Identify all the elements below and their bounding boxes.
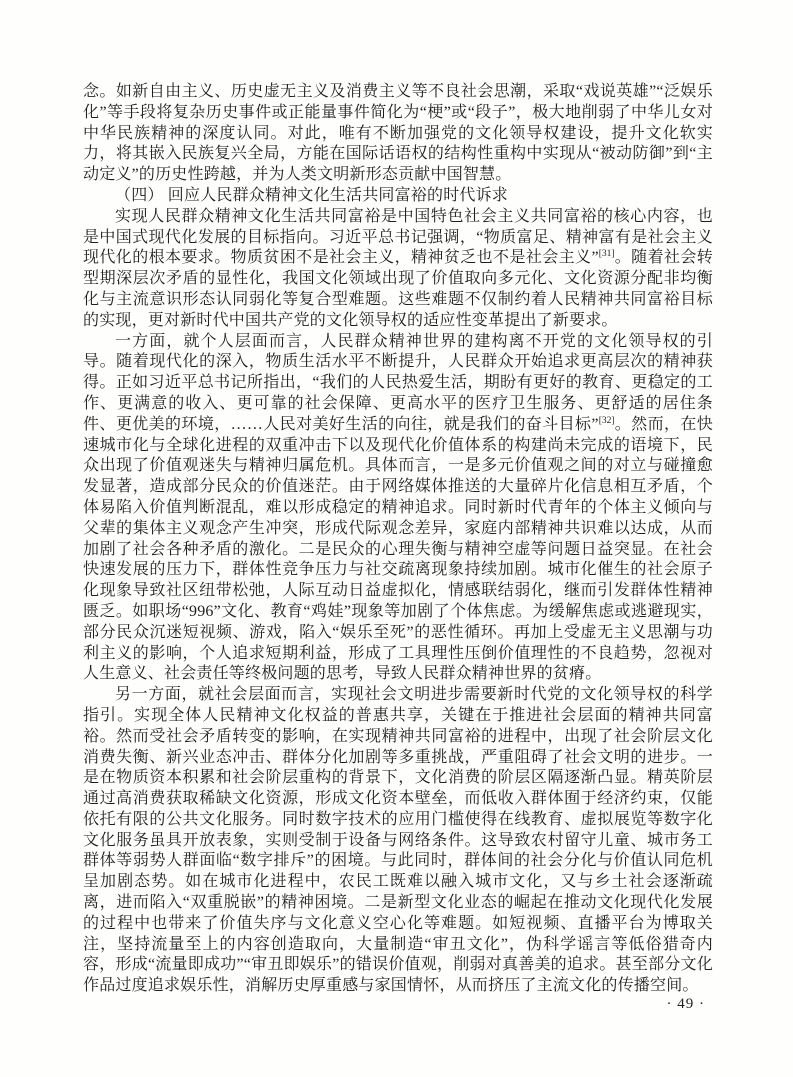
paragraph: 另一方面，就社会层面而言，实现社会文明进步需要新时代党的文化领导权的科学指引。实… (83, 685, 713, 997)
section-heading-text: （四） 回应人民群众精神文化生活共同富裕的时代诉求 (115, 187, 508, 204)
paragraph-text: 念。如新自由主义、历史虚无主义及消费主义等不良社会思潮，采取“戏说英雄”“泛娱乐… (83, 83, 713, 183)
section-heading: （四） 回应人民群众精神文化生活共同富裕的时代诉求 (83, 186, 713, 207)
footnote-ref-32: [32] (599, 416, 615, 426)
page-body: 念。如新自由主义、历史虚无主义及消费主义等不良社会思潮，采取“戏说英雄”“泛娱乐… (83, 82, 713, 997)
paragraph-continuation: 念。如新自由主义、历史虚无主义及消费主义等不良社会思潮，采取“戏说英雄”“泛娱乐… (83, 82, 713, 186)
paragraph: 实现人民群众精神文化生活共同富裕是中国特色社会主义共同富裕的核心内容，也是中国式… (83, 207, 713, 332)
footnote-ref-31: [31] (599, 249, 615, 259)
paragraph-text: 另一方面，就社会层面而言，实现社会文明进步需要新时代党的文化领导权的科学指引。实… (83, 686, 713, 994)
page-number: · 49 · (667, 996, 706, 1013)
paragraph-text: 。然而，在快速城市化与全球化进程的双重冲击下以及现代化价值体系的构建尚未完成的语… (83, 416, 713, 683)
document-page: 念。如新自由主义、历史虚无主义及消费主义等不良社会思潮，采取“戏说英雄”“泛娱乐… (0, 0, 793, 1077)
paragraph: 一方面，就个人层面而言，人民群众精神世界的建构离不开党的文化领导权的引导。随着现… (83, 332, 713, 686)
